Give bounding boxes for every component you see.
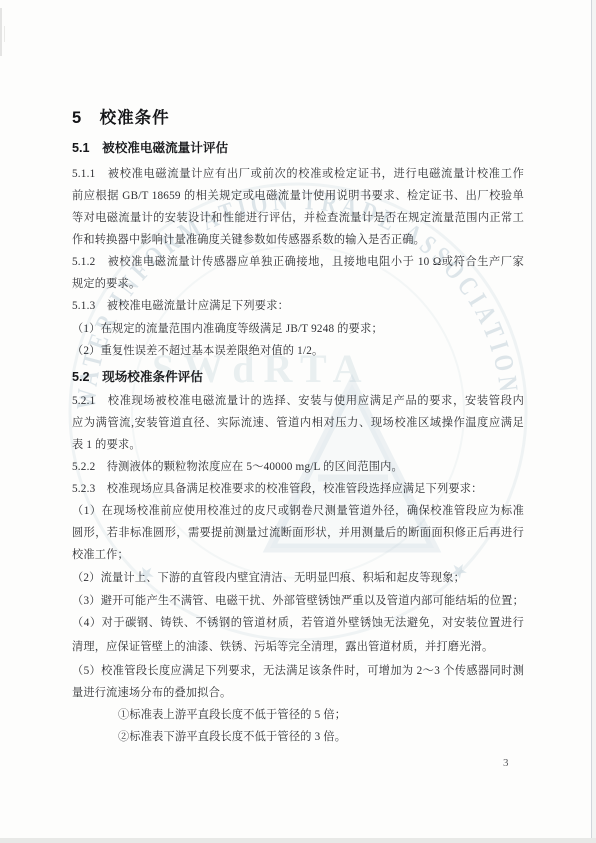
sub-list-item: ②标准表下游平直段长度不低于管径的 3 倍。 [72, 726, 524, 748]
text-line: 前应根据 GB/T 18659 的相关规定或电磁流量计使用说明书要求、检定证书、… [72, 185, 524, 207]
sub-list-item: ①标准表上游平直段长度不低于管径的 5 倍； [72, 704, 524, 726]
document-body: 5 校准条件 5.1 被校准电磁流量计评估 5.1.1 被校准电磁流量计应有出厂… [72, 107, 524, 748]
text-line: 圆形，若非标准圆形，需要提前测量过流断面形状，并用测量后的断面面积修正后再进行 [72, 522, 524, 544]
text-line: 5.2.3 校准现场应具备满足校准要求的校准管段，校准管段选择应满足下列要求： [72, 478, 524, 500]
list-item: （3）避开可能产生不满管、电磁干扰、外部管壁锈蚀严重以及管道内部可能结垢的位置； [72, 590, 524, 612]
text-line: 5.1.1 被校准电磁流量计应有出厂或前次的校准或检定证书，进行电磁流量计校准工… [72, 163, 524, 185]
subsection-heading-5-1: 5.1 被校准电磁流量计评估 [72, 137, 524, 159]
text-line: 5.1.3 被校准电磁流量计应满足下列要求： [72, 295, 524, 317]
text-line: 清理，应保证管壁上的油漆、铁锈、污垢等完全清理，露出管道材质，并打磨光滑。 [72, 636, 524, 658]
text-line: 等对电磁流量计的安装设计和性能进行评估，并检查流量计是否在规定流量范围内正常工 [72, 207, 524, 229]
text-line: 5.1.2 被校准电磁流量计传感器应单独正确接地，且接地电阻小于 10 Ω或符合… [72, 251, 524, 273]
scan-corner-mark [4, 26, 5, 42]
text-line: 表 1 的要求。 [72, 434, 524, 456]
text-line: 5.2.1 校准现场被校准电磁流量计的选择、安装与使用应满足产品的要求，安装管段… [72, 390, 524, 412]
page-number: 3 [503, 757, 509, 769]
list-item: （4）对于碳钢、铸铁、不锈钢的管道材质，若管道外壁锈蚀无法避免，对安装位置进行 [72, 612, 524, 634]
list-item: （1）在现场校准前应使用校准过的皮尺或钢卷尺测量管道外径，确保校准管段应为标准 [72, 500, 524, 522]
text-line: 应为满管流,安装管道直径、实际流速、管道内相对压力、现场校准区域操作温度应满足 [72, 412, 524, 434]
list-item: （1）在规定的流量范围内准确度等级满足 JB/T 9248 的要求； [72, 318, 524, 340]
list-item: （2）重复性误差不超过基本误差限绝对值的 1/2。 [72, 340, 524, 362]
text-line: 校准工作； [72, 544, 524, 566]
subsection-heading-5-2: 5.2 现场校准条件评估 [72, 366, 524, 388]
scanned-document-page: WATER INFORMATION TRADE ASSOCIATION SWdR… [0, 0, 596, 843]
text-line: 量进行流速场分布的叠加拟合。 [72, 682, 524, 704]
scan-corner-mark [0, 8, 2, 56]
text-line: 规定的要求。 [72, 273, 524, 295]
text-line: 作和转换器中影响计量准确度关键参数如传感器系数的输入是否正确。 [72, 229, 524, 251]
text-line: 5.2.2 待测液体的颗粒物浓度应在 5～40000 mg/L 的区间范围内。 [72, 456, 524, 478]
list-item: （2）流量计上、下游的直管段内壁宜清洁、无明显凹痕、积垢和起皮等现象； [72, 567, 524, 589]
scan-bottom-band [0, 838, 596, 843]
section-heading-5: 5 校准条件 [72, 107, 524, 129]
list-item: （5）校准管段长度应满足下列要求，无法满足该条件时，可增加为 2～3 个传感器同… [72, 660, 524, 682]
scan-edge-strip [592, 0, 596, 843]
